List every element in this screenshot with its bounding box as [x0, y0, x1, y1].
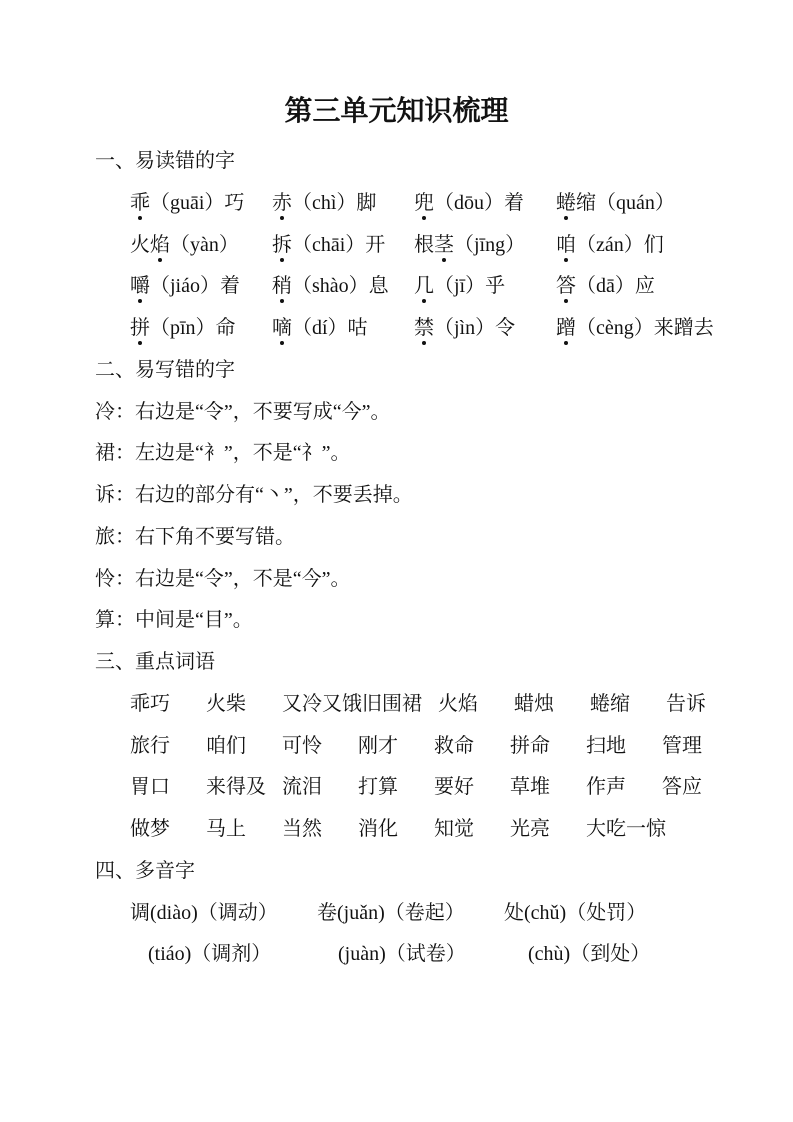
key-word: 做梦: [130, 809, 206, 851]
key-word: 当然: [282, 809, 358, 851]
key-word: 乖巧: [130, 684, 206, 726]
key-word: 消化: [358, 809, 434, 851]
pinyin-row: 火焰（yàn） 拆（chāi）开 根茎（jīng） 咱（zán）们: [0, 225, 793, 267]
entry-emphasized-char: 兜: [414, 193, 434, 213]
entry-rest: 缩（quán）: [576, 192, 675, 214]
entry-rest: （pīn）命: [150, 317, 236, 339]
word-row: 做梦 马上 当然 消化 知觉 光亮 大吃一惊: [0, 809, 793, 851]
entry-rest: （chì）脚: [292, 192, 376, 214]
entry-emphasized-char: 赤: [272, 193, 292, 213]
entry-rest: （shào）息: [292, 275, 389, 297]
miswrite-note: 怜：右边是“令”，不是“今”。: [0, 559, 793, 601]
key-word: 光亮: [510, 809, 586, 851]
entry-rest: （guāi）巧: [150, 192, 244, 214]
key-word: 流泪: [282, 767, 358, 809]
key-word: 来得及: [206, 767, 282, 809]
pinyin-entry: 嚼（jiáo）着: [130, 266, 272, 308]
entry-pre: 根: [414, 234, 434, 256]
key-word: 要好: [434, 767, 510, 809]
entry-emphasized-char: 嘀: [272, 318, 292, 338]
pinyin-entry: 火焰（yàn）: [130, 225, 272, 267]
entry-emphasized-char: 焰: [150, 235, 170, 255]
key-word: 火柴: [206, 684, 282, 726]
miswrite-note: 旅：右下角不要写错。: [0, 517, 793, 559]
key-word: 蜡烛: [514, 684, 590, 726]
key-word: 胃口: [130, 767, 206, 809]
key-word: 蜷缩: [590, 684, 666, 726]
pinyin-entry: 拼（pīn）命: [130, 308, 272, 350]
key-word: 告诉: [666, 684, 742, 726]
key-word: 管理: [662, 726, 738, 768]
section-2-heading: 二、易写错的字: [0, 350, 793, 392]
page-title: 第三单元知识梳理: [0, 0, 793, 131]
key-word: 打算: [358, 767, 434, 809]
key-word: 作声: [586, 767, 662, 809]
entry-pre: 火: [130, 234, 150, 256]
polyphone-entry: (tiáo)（调剂）: [148, 934, 338, 976]
entry-emphasized-char: 蹭: [556, 318, 576, 338]
entry-emphasized-char: 咱: [556, 235, 576, 255]
section-1-heading: 一、易读错的字: [0, 141, 793, 183]
entry-rest: （jìn）令: [434, 317, 515, 339]
polyphone-entry: (chù)（到处）: [528, 934, 718, 976]
key-word: 可怜: [282, 726, 358, 768]
pinyin-row: 嚼（jiáo）着 稍（shào）息 几（jī）乎 答（dā）应: [0, 266, 793, 308]
polyphone-entry: (juàn)（试卷）: [338, 934, 528, 976]
entry-rest: （jī）乎: [434, 275, 505, 297]
section-3-heading: 三、重点词语: [0, 642, 793, 684]
word-row: 旅行 咱们 可怜 刚才 救命 拼命 扫地 管理: [0, 726, 793, 768]
miswrite-note: 诉：右边的部分有“丶”，不要丢掉。: [0, 475, 793, 517]
word-row: 胃口 来得及 流泪 打算 要好 草堆 作声 答应: [0, 767, 793, 809]
pinyin-entry: 禁（jìn）令: [414, 308, 556, 350]
entry-rest: （yàn）: [170, 234, 239, 256]
key-word: 草堆: [510, 767, 586, 809]
entry-emphasized-char: 答: [556, 276, 576, 296]
entry-rest: （jīng）: [454, 234, 525, 256]
entry-emphasized-char: 蜷: [556, 193, 576, 213]
entry-rest: （dōu）着: [434, 192, 524, 214]
key-word: 答应: [662, 767, 738, 809]
entry-emphasized-char: 嚼: [130, 276, 150, 296]
entry-emphasized-char: 拆: [272, 235, 292, 255]
pinyin-entry: 几（jī）乎: [414, 266, 556, 308]
entry-rest: （dí）咕: [292, 317, 368, 339]
key-word: 马上: [206, 809, 282, 851]
key-word: 扫地: [586, 726, 662, 768]
section-4-heading: 四、多音字: [0, 851, 793, 893]
key-word: 拼命: [510, 726, 586, 768]
pinyin-entry: 嘀（dí）咕: [272, 308, 414, 350]
word-row: 乖巧 火柴 又冷又饿 旧围裙 火焰 蜡烛 蜷缩 告诉: [0, 684, 793, 726]
key-word: 旅行: [130, 726, 206, 768]
miswrite-note: 算：中间是“目”。: [0, 600, 793, 642]
entry-rest: （dā）应: [576, 275, 655, 297]
entry-rest: （chāi）开: [292, 234, 385, 256]
pinyin-entry: 乖（guāi）巧: [130, 183, 272, 225]
polyphone-entry: 调(diào)（调动）: [130, 893, 317, 935]
pinyin-entry: 赤（chì）脚: [272, 183, 414, 225]
miswrite-note: 裙：左边是“衤”，不是“礻”。: [0, 433, 793, 475]
key-word: 旧围裙: [362, 684, 438, 726]
pinyin-row: 乖（guāi）巧 赤（chì）脚 兜（dōu）着 蜷缩（quán）: [0, 183, 793, 225]
pinyin-entry: 答（dā）应: [556, 266, 698, 308]
pinyin-entry: 蹭（cèng）来蹭去: [556, 308, 714, 350]
key-word: 大吃一惊: [586, 809, 666, 851]
entry-emphasized-char: 乖: [130, 193, 150, 213]
polyphone-entry: 处(chǔ)（处罚）: [504, 893, 691, 935]
pinyin-entry: 咱（zán）们: [556, 225, 698, 267]
polyphone-row: (tiáo)（调剂） (juàn)（试卷） (chù)（到处）: [0, 934, 793, 976]
key-word: 刚才: [358, 726, 434, 768]
key-word: 咱们: [206, 726, 282, 768]
pinyin-entry: 兜（dōu）着: [414, 183, 556, 225]
miswrite-note: 冷：右边是“令”，不要写成“今”。: [0, 392, 793, 434]
entry-rest: （jiáo）着: [150, 275, 240, 297]
pinyin-entry: 稍（shào）息: [272, 266, 414, 308]
polyphone-entry: 卷(juǎn)（卷起）: [317, 893, 504, 935]
pinyin-row: 拼（pīn）命 嘀（dí）咕 禁（jìn）令 蹭（cèng）来蹭去: [0, 308, 793, 350]
key-word: 又冷又饿: [282, 684, 362, 726]
entry-rest: （zán）们: [576, 234, 664, 256]
pinyin-entry: 拆（chāi）开: [272, 225, 414, 267]
entry-rest: （cèng）来蹭去: [576, 317, 714, 339]
pinyin-entry: 蜷缩（quán）: [556, 183, 698, 225]
entry-emphasized-char: 拼: [130, 318, 150, 338]
entry-emphasized-char: 禁: [414, 318, 434, 338]
entry-emphasized-char: 茎: [434, 235, 454, 255]
key-word: 火焰: [438, 684, 514, 726]
entry-emphasized-char: 几: [414, 276, 434, 296]
key-word: 救命: [434, 726, 510, 768]
key-word: 知觉: [434, 809, 510, 851]
entry-emphasized-char: 稍: [272, 276, 292, 296]
pinyin-entry: 根茎（jīng）: [414, 225, 556, 267]
document-page: 第三单元知识梳理 一、易读错的字 乖（guāi）巧 赤（chì）脚 兜（dōu）…: [0, 0, 793, 1122]
polyphone-row: 调(diào)（调动） 卷(juǎn)（卷起） 处(chǔ)（处罚）: [0, 893, 793, 935]
